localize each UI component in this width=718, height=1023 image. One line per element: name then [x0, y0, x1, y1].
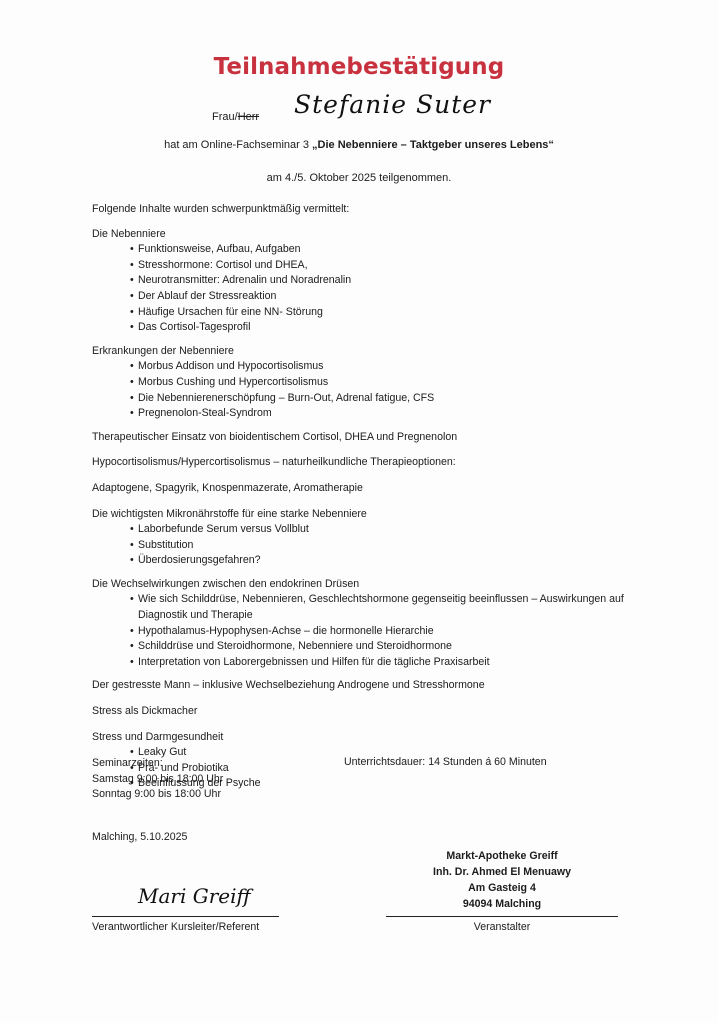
list-item: Wie sich Schilddrüse, Nebennieren, Gesch… — [130, 592, 652, 623]
plain-topics-group-2: Der gestresste Mann – inklusive Wechselb… — [92, 678, 652, 719]
list-item: Das Cortisol-Tagesprofil — [130, 320, 652, 336]
teaching-duration: Unterrichtsdauer: 14 Stunden á 60 Minute… — [344, 756, 547, 768]
bullet-list: Morbus Addison und HypocortisolismusMorb… — [92, 359, 652, 421]
topic-line: Therapeutischer Einsatz von bioidentisch… — [92, 430, 652, 446]
list-item: Morbus Cushing und Hypercortisolismus — [130, 375, 652, 391]
times-saturday: Samstag 9:00 bis 18:00 Uhr — [92, 772, 223, 788]
section-heading: Stress und Darmgesundheit — [92, 730, 652, 746]
list-item: Interpretation von Laborergebnissen und … — [130, 655, 652, 671]
seminar-times: Seminarzeiten: Samstag 9:00 bis 18:00 Uh… — [92, 756, 223, 803]
referent-signature: Mari Greiff — [138, 884, 251, 908]
salutation-struck: Herr — [238, 111, 259, 123]
list-item: Substitution — [130, 538, 652, 554]
bullet-list: Wie sich Schilddrüse, Nebennieren, Gesch… — [92, 592, 652, 670]
list-item: Schilddrüse und Steroidhormone, Nebennie… — [130, 639, 652, 655]
bullet-list: Laborbefunde Serum versus VollblutSubsti… — [92, 522, 652, 569]
section-heading: Die Nebenniere — [92, 227, 652, 243]
list-item: Häufige Ursachen für eine NN- Störung — [130, 305, 652, 321]
seminar-prefix: hat am Online-Fachseminar 3 — [164, 139, 312, 151]
topic-line: Der gestresste Mann – inklusive Wechselb… — [92, 678, 652, 694]
organizer-line: 94094 Malching — [386, 896, 618, 912]
organizer-line: Inh. Dr. Ahmed El Menuawy — [386, 864, 618, 880]
place-date: Malching, 5.10.2025 — [92, 831, 187, 843]
list-item: Funktionsweise, Aufbau, Aufgaben — [130, 242, 652, 258]
list-item: Laborbefunde Serum versus Vollblut — [130, 522, 652, 538]
signature-line-right — [386, 916, 618, 917]
times-label: Seminarzeiten: — [92, 756, 223, 772]
list-item: Morbus Addison und Hypocortisolismus — [130, 359, 652, 375]
organizer-address: Markt-Apotheke Greiff Inh. Dr. Ahmed El … — [386, 848, 618, 912]
list-item: Überdosierungsgefahren? — [130, 553, 652, 569]
section-heading: Die Wechselwirkungen zwischen den endokr… — [92, 577, 652, 593]
participant-name: Stefanie Suter — [294, 90, 491, 119]
signature-line-left — [92, 916, 279, 917]
seminar-title: „Die Nebenniere – Taktgeber unseres Lebe… — [312, 139, 554, 151]
topic-section: Die Wechselwirkungen zwischen den endokr… — [92, 577, 652, 671]
bullet-list: Funktionsweise, Aufbau, AufgabenStressho… — [92, 242, 652, 336]
organizer-label: Veranstalter — [386, 921, 618, 933]
certificate-page: Teilnahmebestätigung Frau/Herr Stefanie … — [0, 0, 718, 1023]
plain-topics-group-1: Therapeutischer Einsatz von bioidentisch… — [92, 430, 652, 497]
organizer-line: Markt-Apotheke Greiff — [386, 848, 618, 864]
list-item: Die Nebennierenerschöpfung – Burn-Out, A… — [130, 391, 652, 407]
organizer-line: Am Gasteig 4 — [386, 880, 618, 896]
topic-line: Stress als Dickmacher — [92, 704, 652, 720]
list-item: Der Ablauf der Stressreaktion — [130, 289, 652, 305]
sections-group-1: Die NebenniereFunktionsweise, Aufbau, Au… — [92, 227, 652, 422]
salutation: Frau/Herr — [212, 111, 259, 123]
list-item: Neurotransmitter: Adrenalin und Noradren… — [130, 273, 652, 289]
topic-line: Hypocortisolismus/Hypercortisolismus – n… — [92, 455, 652, 471]
times-sunday: Sonntag 9:00 bis 18:00 Uhr — [92, 787, 223, 803]
topic-section: Die wichtigsten Mikronährstoffe für eine… — [92, 507, 652, 569]
topic-section: Die NebenniereFunktionsweise, Aufbau, Au… — [92, 227, 652, 336]
topic-section: Erkrankungen der NebenniereMorbus Addiso… — [92, 344, 652, 422]
salutation-active: Frau/ — [212, 111, 238, 123]
sections-group-2: Die wichtigsten Mikronährstoffe für eine… — [92, 507, 652, 671]
content-list: Folgende Inhalte wurden schwerpunktmäßig… — [92, 202, 652, 800]
list-item: Pregnenolon-Steal-Syndrom — [130, 406, 652, 422]
seminar-line: hat am Online-Fachseminar 3 „Die Nebenni… — [0, 139, 718, 151]
section-heading: Erkrankungen der Nebenniere — [92, 344, 652, 360]
list-item: Stresshormone: Cortisol und DHEA, — [130, 258, 652, 274]
document-title: Teilnahmebestätigung — [0, 54, 718, 80]
intro-text: Folgende Inhalte wurden schwerpunktmäßig… — [92, 202, 652, 218]
section-heading: Die wichtigsten Mikronährstoffe für eine… — [92, 507, 652, 523]
list-item: Hypothalamus-Hypophysen-Achse – die horm… — [130, 624, 652, 640]
date-line: am 4./5. Oktober 2025 teilgenommen. — [0, 172, 718, 184]
referent-label: Verantwortlicher Kursleiter/Referent — [92, 921, 259, 933]
topic-line: Adaptogene, Spagyrik, Knospenmazerate, A… — [92, 481, 652, 497]
